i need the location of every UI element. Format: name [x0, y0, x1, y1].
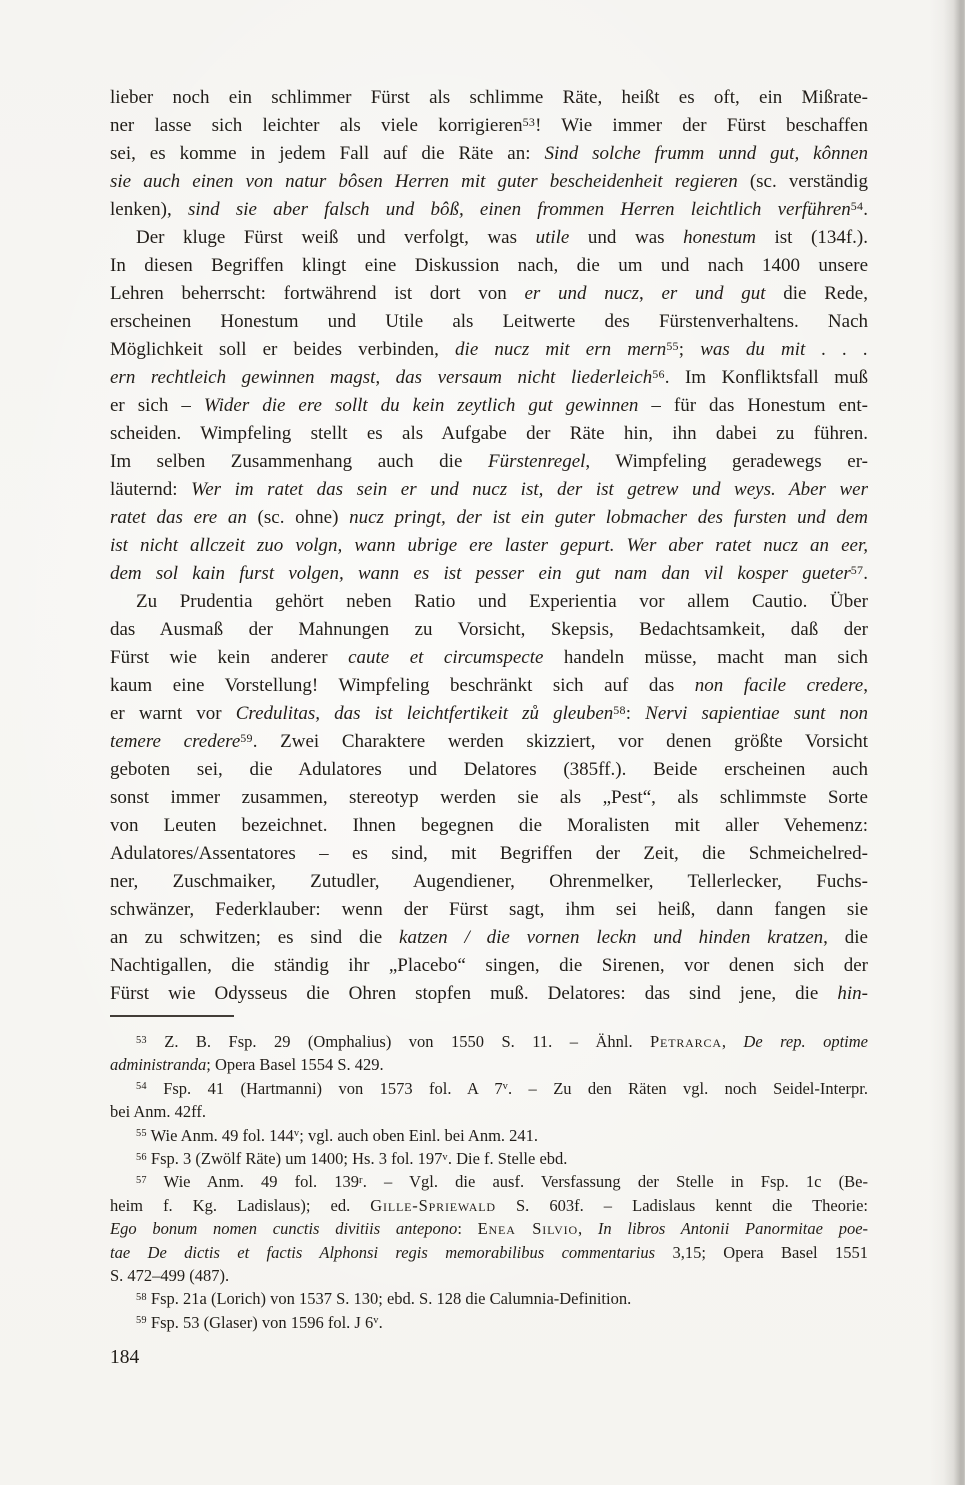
text-run: (sc. verständig [738, 171, 868, 192]
footnote-line: heim f. Kg. Ladislaus); ed. Gille-Spriew… [110, 1194, 868, 1217]
superscript-run: 56 [652, 367, 664, 381]
body-line: von Leuten bezeichnet. Ihnen begegnen di… [110, 812, 868, 840]
body-line: lenken), sind sie aber falsch und bôß, e… [110, 196, 868, 224]
text-run: bei Anm. 42ff. [110, 1102, 206, 1121]
body-line: Möglichkeit soll er beides verbinden, di… [110, 336, 868, 364]
superscript-run: 53 [523, 115, 535, 129]
page-edge-shadow [929, 0, 965, 1485]
superscript-run: 59 [240, 731, 252, 745]
text-run: nucz pringt, der ist ein guter lobmacher… [349, 507, 868, 528]
body-line: Zu Prudentia gehört neben Ratio und Expe… [110, 588, 868, 616]
superscript-run: 57 [851, 563, 863, 577]
superscript-run: v [294, 1128, 299, 1139]
text-run: Der kluge Fürst weiß und verfolgt, was [136, 227, 536, 248]
text-run: S. 603f. – Ladislaus kennt die Theorie: [496, 1196, 868, 1215]
text-run: (sc. ohne) [247, 507, 349, 528]
text-run: Credulitas, das ist leichtfertikeit zů g… [236, 703, 614, 724]
body-line: ist nicht allczeit zuo volgn, wann ubrig… [110, 532, 868, 560]
text-run: Wer im ratet das sein er und nucz ist, d… [191, 479, 868, 500]
text-run: . Im Konfliktsfall muß [665, 367, 868, 388]
text-run: ner lasse sich leichter als viele korrig… [110, 115, 523, 136]
body-line: läuternd: Wer im ratet das sein er und n… [110, 476, 868, 504]
text-run: . Zwei Charaktere werden skizziert, vor … [253, 731, 868, 752]
text-run: heim f. Kg. Ladislaus); ed. [110, 1196, 370, 1215]
text-run: temere credere [110, 731, 240, 752]
text-run: und was [569, 227, 683, 248]
text-run: Wie Anm. 49 fol. 139 [147, 1172, 359, 1191]
body-line: temere credere59. Zwei Charaktere werden… [110, 728, 868, 756]
footnote-line: 54 Fsp. 41 (Hartmanni) von 1573 fol. A 7… [110, 1077, 868, 1100]
body-line: Fürst wie Odysseus die Ohren stopfen muß… [110, 980, 868, 1008]
text-run: ; vgl. auch oben Einl. bei Anm. 241. [299, 1126, 538, 1145]
body-line: geboten sei, die Adulatores und Delatore… [110, 756, 868, 784]
text-run: Nachtigallen, die ständig ihr „Placebo“ … [110, 955, 868, 976]
superscript-run: 54 [136, 1081, 147, 1092]
body-line: Im selben Zusammenhang auch die Fürstenr… [110, 448, 868, 476]
superscript-run: v [373, 1315, 378, 1326]
body-line: Fürst wie kein anderer caute et circumsp… [110, 644, 868, 672]
body-line: In diesen Begriffen klingt eine Diskussi… [110, 252, 868, 280]
text-run: . [863, 199, 868, 220]
text-run: De rep. optime [743, 1032, 868, 1051]
body-line: das Ausmaß der Mahnungen zu Vorsicht, Sk… [110, 616, 868, 644]
text-run: lieber noch ein schlimmer Fürst als schl… [110, 87, 868, 108]
text-run: ist (134f.). [756, 227, 868, 248]
body-line: Lehren beherrscht: fortwährend ist dort … [110, 280, 868, 308]
text-run: Gille-Spriewald [370, 1196, 496, 1215]
footnote-line: 53 Z. B. Fsp. 29 (Omphalius) von 1550 S.… [110, 1030, 868, 1053]
body-line: Nachtigallen, die ständig ihr „Placebo“ … [110, 952, 868, 980]
text-run: , [578, 1219, 598, 1238]
footnote-line: 58 Fsp. 21a (Lorich) von 1537 S. 130; eb… [110, 1287, 868, 1310]
text-run: die nucz mit ern mern [455, 339, 666, 360]
superscript-run: 56 [136, 1152, 147, 1163]
text-run: 3,15; Opera Basel 1551 [655, 1243, 868, 1262]
text-run: Sind solche frumm unnd gut, kônnen [544, 143, 868, 164]
text-run: , [722, 1032, 744, 1051]
text-run: Fürstenregel [488, 451, 585, 472]
text-run: schwänzer, Federklauber: wenn der Fürst … [110, 899, 868, 920]
body-line: ner lasse sich leichter als viele korrig… [110, 112, 868, 140]
text-run: er und nucz [524, 283, 639, 304]
text-run: handeln müsse, macht man sich [543, 647, 868, 668]
text-run: , [863, 675, 868, 696]
text-run: In libros Antonii Panormitae poe- [598, 1219, 868, 1238]
superscript-run: 55 [136, 1128, 147, 1139]
text-run: er sich – [110, 395, 204, 416]
superscript-run: r [359, 1175, 363, 1186]
text-run: . [863, 563, 868, 584]
text-run: . Die f. Stelle ebd. [448, 1149, 568, 1168]
text-run: Fsp. 3 (Zwölf Räte) um 1400; Hs. 3 fol. … [147, 1149, 443, 1168]
text-run: ern rechtleich gewinnen magst, das versa… [110, 367, 652, 388]
text-run: hin- [837, 983, 868, 1004]
text-run: kaum eine Vorstellung! Wimpfeling beschr… [110, 675, 695, 696]
body-line: sie auch einen von natur bôsen Herren mi… [110, 168, 868, 196]
text-run: . – Zu den Räten vgl. noch Seidel-Interp… [508, 1079, 868, 1098]
body-line: Der kluge Fürst weiß und verfolgt, was u… [110, 224, 868, 252]
body-line: lieber noch ein schlimmer Fürst als schl… [110, 84, 868, 112]
text-run: geboten sei, die Adulatores und Delatore… [110, 759, 868, 780]
footnote-separator-rule [110, 1015, 234, 1017]
text-run: Petrarca [650, 1032, 722, 1051]
text-run: Wie Anm. 49 fol. 144 [147, 1126, 294, 1145]
text-run: , die [823, 927, 868, 948]
text-run: Möglichkeit soll er beides verbinden, [110, 339, 455, 360]
body-line: schwänzer, Federklauber: wenn der Fürst … [110, 896, 868, 924]
text-run: , [639, 283, 661, 304]
text-run: ; Opera Basel 1554 S. 429. [206, 1055, 383, 1074]
footnote-line: S. 472–499 (487). [110, 1264, 868, 1287]
text-run: sonst immer zusammen, stereotyp werden s… [110, 787, 868, 808]
text-run: das Ausmaß der Mahnungen zu Vorsicht, Sk… [110, 619, 868, 640]
footnote-line: bei Anm. 42ff. [110, 1100, 868, 1123]
text-run: S. 472–499 (487). [110, 1266, 229, 1285]
text-run: Nervi sapientiae sunt non [645, 703, 868, 724]
superscript-run: 58 [613, 703, 625, 717]
text-run: : [626, 703, 645, 724]
text-run: Fürst wie Odysseus die Ohren stopfen muß… [110, 983, 837, 1004]
body-line: er warnt vor Credulitas, das ist leichtf… [110, 700, 868, 728]
text-run: dem sol kain furst volgen, wann es ist p… [110, 563, 851, 584]
footnote-line: 56 Fsp. 3 (Zwölf Räte) um 1400; Hs. 3 fo… [110, 1147, 868, 1170]
body-line: erscheinen Honestum und Utile als Leitwe… [110, 308, 868, 336]
text-run: sei, es komme in jedem Fall auf die Räte… [110, 143, 544, 164]
text-run: non facile credere [695, 675, 863, 696]
text-run: von Leuten bezeichnet. Ihnen begegnen di… [110, 815, 868, 836]
text-run: Ego bonum nomen cunctis divitiis antepon… [110, 1219, 457, 1238]
footnote-line: administranda; Opera Basel 1554 S. 429. [110, 1053, 868, 1076]
text-run: ratet das ere an [110, 507, 247, 528]
text-run: Fsp. 41 (Hartmanni) von 1573 fol. A 7 [147, 1079, 503, 1098]
text-run: er und gut [662, 283, 766, 304]
body-line: ern rechtleich gewinnen magst, das versa… [110, 364, 868, 392]
text-run: Fürst wie kein anderer [110, 647, 348, 668]
footnote-line: tae De dictis et factis Alphonsi regis m… [110, 1241, 868, 1264]
footnotes: 53 Z. B. Fsp. 29 (Omphalius) von 1550 S.… [110, 1030, 868, 1334]
footnote-line: 59 Fsp. 53 (Glaser) von 1596 fol. J 6v. [110, 1311, 868, 1334]
superscript-run: 58 [136, 1292, 147, 1303]
text-run: ! Wie immer der Fürst beschaffen [535, 115, 868, 136]
superscript-run: 57 [136, 1175, 147, 1186]
superscript-run: v [503, 1081, 508, 1092]
body-line: scheiden. Wimpfeling stellt es als Aufga… [110, 420, 868, 448]
text-run: sie auch einen von natur bôsen Herren mi… [110, 171, 738, 192]
text-run: In diesen Begriffen klingt eine Diskussi… [110, 255, 868, 276]
text-run: er warnt vor [110, 703, 236, 724]
superscript-run: 54 [851, 199, 863, 213]
text-run: Lehren beherrscht: fortwährend ist dort … [110, 283, 524, 304]
text-run: – für das Honestum ent- [638, 395, 868, 416]
footnote-line: 55 Wie Anm. 49 fol. 144v; vgl. auch oben… [110, 1124, 868, 1147]
text-run: : [457, 1219, 477, 1238]
text-run: scheiden. Wimpfeling stellt es als Aufga… [110, 423, 868, 444]
body-line: ratet das ere an (sc. ohne) nucz pringt,… [110, 504, 868, 532]
text-run: ; [679, 339, 700, 360]
text-run: utile [536, 227, 570, 248]
page-body-text: lieber noch ein schlimmer Fürst als schl… [110, 84, 868, 1008]
body-line: dem sol kain furst volgen, wann es ist p… [110, 560, 868, 588]
scanned-book-page: lieber noch ein schlimmer Fürst als schl… [0, 0, 965, 1485]
text-run: Fsp. 53 (Glaser) von 1596 fol. J 6 [147, 1313, 373, 1332]
text-run: tae De dictis et factis Alphonsi regis m… [110, 1243, 655, 1262]
text-run: läuternd: [110, 479, 191, 500]
text-run: Adulatores/Assentatores – es sind, mit B… [110, 843, 868, 864]
superscript-run: v [442, 1152, 447, 1163]
text-run: caute et circumspecte [348, 647, 543, 668]
text-run: was du mit . . . [700, 339, 868, 360]
page-number: 184 [110, 1344, 139, 1372]
text-run: sind sie aber falsch und bôß, einen from… [188, 199, 851, 220]
footnote-line: 57 Wie Anm. 49 fol. 139r. – Vgl. die aus… [110, 1170, 868, 1193]
text-run: Im selben Zusammenhang auch die [110, 451, 488, 472]
body-line: er sich – Wider die ere sollt du kein ze… [110, 392, 868, 420]
text-run: die Rede, [766, 283, 868, 304]
text-run: administranda [110, 1055, 206, 1074]
text-run: ner, Zuschmaiker, Zutudler, Augendiener,… [110, 871, 868, 892]
text-run: an zu schwitzen; es sind die [110, 927, 399, 948]
body-line: kaum eine Vorstellung! Wimpfeling beschr… [110, 672, 868, 700]
text-run: Wider die ere sollt du kein zeytlich gut… [204, 395, 639, 416]
body-line: sonst immer zusammen, stereotyp werden s… [110, 784, 868, 812]
superscript-run: 59 [136, 1315, 147, 1326]
text-run: honestum [683, 227, 756, 248]
text-run: katzen / die vornen leckn und hinden kra… [399, 927, 823, 948]
body-line: an zu schwitzen; es sind die katzen / di… [110, 924, 868, 952]
text-run: . – Vgl. die ausf. Versfassung der Stell… [363, 1172, 868, 1191]
text-run: Enea Silvio [478, 1219, 578, 1238]
footnote-line: Ego bonum nomen cunctis divitiis antepon… [110, 1217, 868, 1240]
body-line: Adulatores/Assentatores – es sind, mit B… [110, 840, 868, 868]
text-run: lenken), [110, 199, 188, 220]
text-run: erscheinen Honestum und Utile als Leitwe… [110, 311, 868, 332]
text-run: Z. B. Fsp. 29 (Omphalius) von 1550 S. 11… [147, 1032, 650, 1051]
text-run: ist nicht allczeit zuo volgn, wann ubrig… [110, 535, 868, 556]
body-line: ner, Zuschmaiker, Zutudler, Augendiener,… [110, 868, 868, 896]
superscript-run: 53 [136, 1035, 147, 1046]
body-line: sei, es komme in jedem Fall auf die Räte… [110, 140, 868, 168]
superscript-run: 55 [666, 339, 678, 353]
text-run: , Wimpfeling geradewegs er- [585, 451, 868, 472]
text-run: . [379, 1313, 383, 1332]
text-run: Fsp. 21a (Lorich) von 1537 S. 130; ebd. … [147, 1289, 631, 1308]
text-run: Zu Prudentia gehört neben Ratio und Expe… [136, 591, 868, 612]
